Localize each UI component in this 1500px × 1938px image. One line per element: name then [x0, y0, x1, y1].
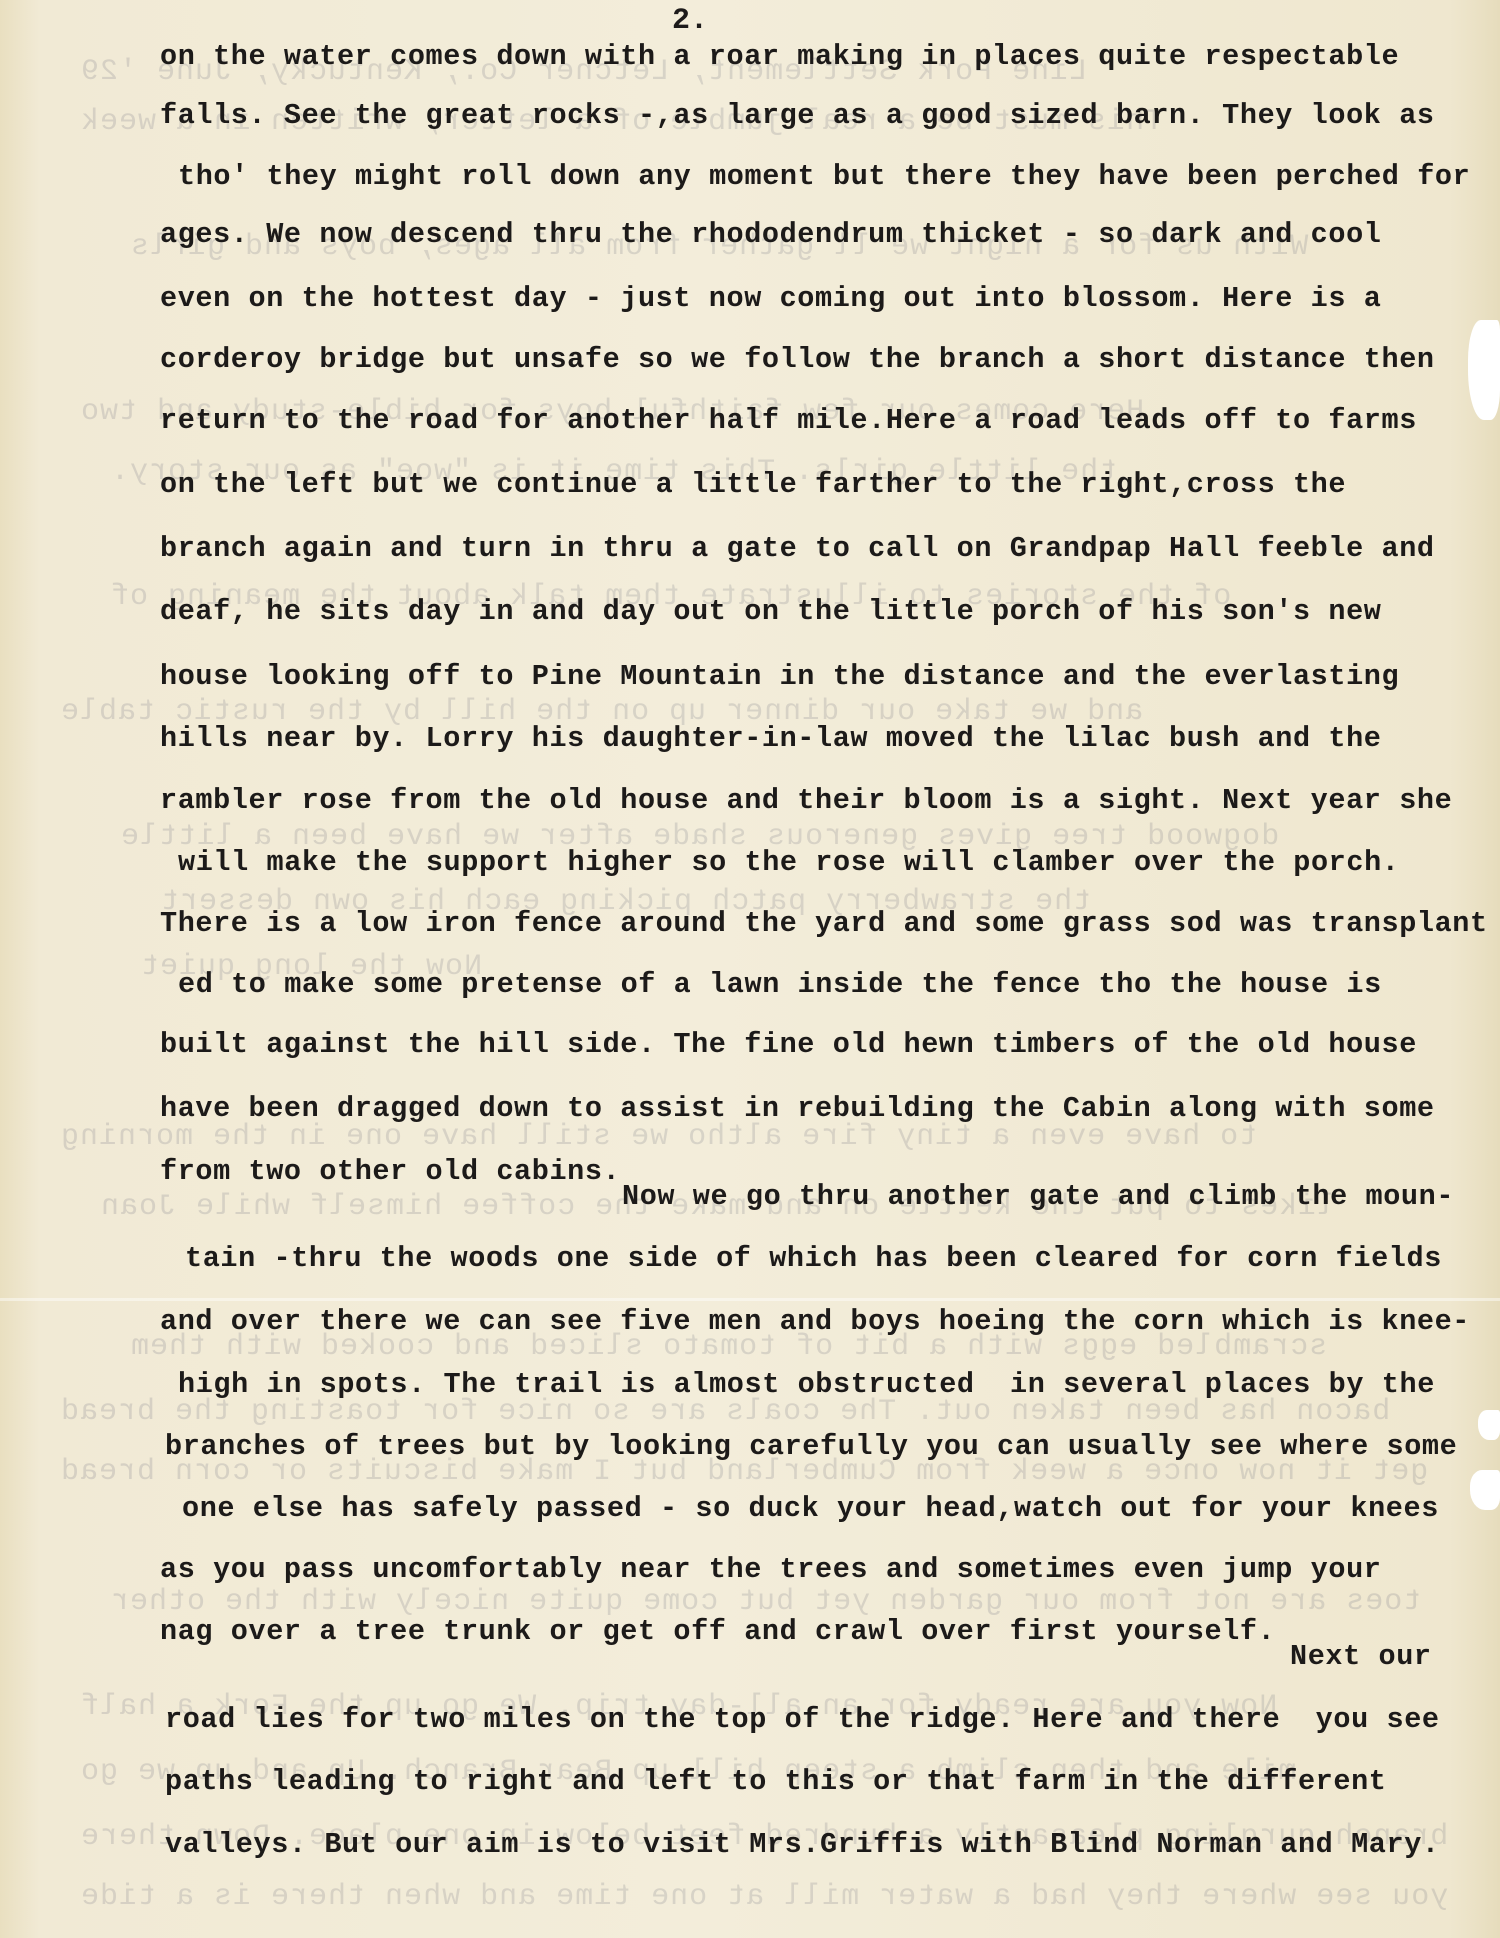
- paper-tear: [1468, 320, 1500, 420]
- text-line: return to the road for another half mile…: [160, 404, 1417, 437]
- text-line: paths leading to right and left to this …: [165, 1765, 1387, 1798]
- text-line: high in spots. The trail is almost obstr…: [178, 1368, 1435, 1401]
- text-line: There is a low iron fence around the yar…: [160, 907, 1488, 940]
- text-line: corderoy bridge but unsafe so we follow …: [160, 343, 1435, 376]
- text-line: will make the support higher so the rose…: [178, 846, 1400, 879]
- typewritten-letter-page: Line Fork Settlement, Letcher Co., Kentu…: [0, 0, 1500, 1938]
- bleed-line: you see where they had a water mill at o…: [80, 1880, 1448, 1914]
- bleed-line: to have even a tiny fire altho we still …: [60, 1120, 1257, 1154]
- text-line: tain -thru the woods one side of which h…: [185, 1242, 1442, 1275]
- text-line: built against the hill side. The fine ol…: [160, 1028, 1417, 1061]
- text-line: nag over a tree trunk or get off and cra…: [160, 1615, 1275, 1648]
- text-line: on the left but we continue a little far…: [160, 468, 1346, 501]
- text-line: falls. See the great rocks -,as large as…: [160, 99, 1435, 132]
- paper-tear: [1478, 1410, 1500, 1440]
- text-line: branch again and turn in thru a gate to …: [160, 532, 1435, 565]
- text-line: ages. We now descend thru the rhododendr…: [160, 218, 1382, 251]
- text-line: hills near by. Lorry his daughter-in-law…: [160, 722, 1382, 755]
- text-line: have been dragged down to assist in rebu…: [160, 1092, 1435, 1125]
- paper-fold-crease: [0, 1298, 1500, 1301]
- text-line: on the water comes down with a roar maki…: [160, 40, 1399, 73]
- text-line: deaf, he sits day in and day out on the …: [160, 595, 1382, 628]
- paper-tear: [1470, 1470, 1500, 1510]
- text-line: road lies for two miles on the top of th…: [165, 1703, 1440, 1736]
- text-line: house looking off to Pine Mountain in th…: [160, 660, 1399, 693]
- text-line: tho' they might roll down any moment but…: [178, 160, 1470, 193]
- text-line: ed to make some pretense of a lawn insid…: [178, 968, 1382, 1001]
- text-line: one else has safely passed - so duck you…: [182, 1492, 1439, 1525]
- text-line: rambler rose from the old house and thei…: [160, 784, 1452, 817]
- text-line: from two other old cabins.: [160, 1155, 620, 1188]
- text-line: as you pass uncomfortably near the trees…: [160, 1553, 1382, 1586]
- text-line: Next our: [1290, 1640, 1432, 1673]
- bleed-line: toes are not from our garden yet but com…: [110, 1585, 1421, 1619]
- text-line: valleys. But our aim is to visit Mrs.Gri…: [165, 1828, 1440, 1861]
- text-line: and over there we can see five men and b…: [160, 1305, 1470, 1338]
- text-line: Now we go thru another gate and climb th…: [622, 1180, 1454, 1213]
- text-line: even on the hottest day - just now comin…: [160, 282, 1382, 315]
- text-line: branches of trees but by looking careful…: [165, 1430, 1457, 1463]
- page-number: 2.: [672, 4, 708, 38]
